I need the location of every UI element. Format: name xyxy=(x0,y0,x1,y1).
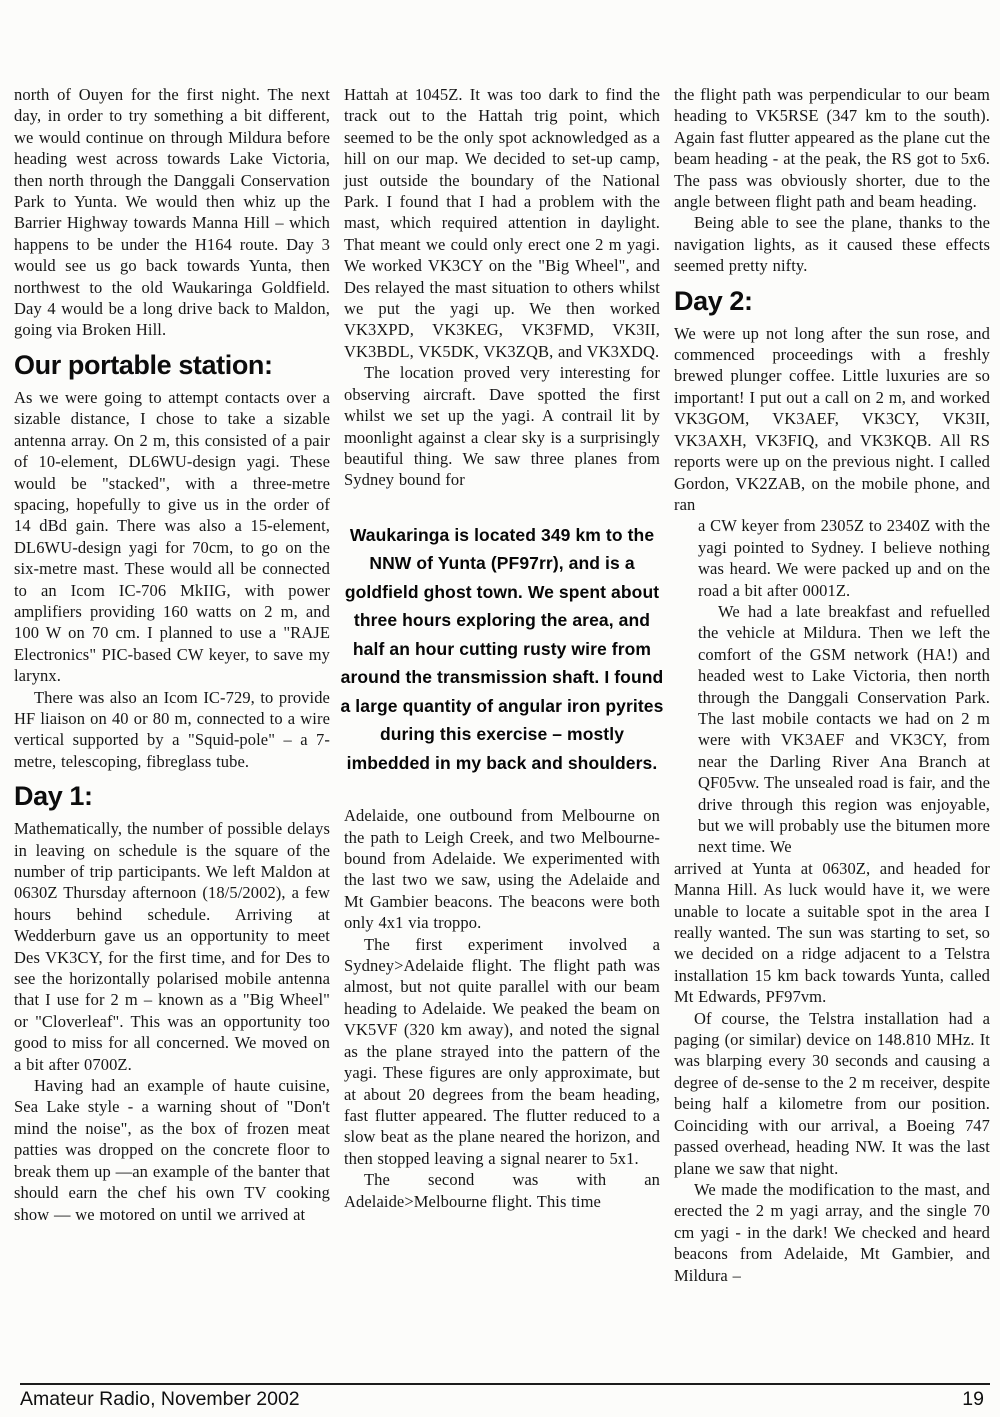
section-heading: Day 2: xyxy=(674,286,990,317)
body-paragraph: arrived at Yunta at 0630Z, and headed fo… xyxy=(674,858,990,1008)
article-columns: north of Ouyen for the first night. The … xyxy=(14,84,990,1286)
body-paragraph: north of Ouyen for the first night. The … xyxy=(14,84,330,341)
body-paragraph: We made the modification to the mast, an… xyxy=(674,1179,990,1286)
body-paragraph: a CW keyer from 2305Z to 2340Z with the … xyxy=(674,515,990,601)
section-heading: Our portable station: xyxy=(14,350,330,381)
body-paragraph: We had a late breakfast and refuelled th… xyxy=(674,601,990,858)
column-1: north of Ouyen for the first night. The … xyxy=(14,84,330,1286)
body-paragraph: Adelaide, one outbound from Melbourne on… xyxy=(344,805,660,933)
body-paragraph: Of course, the Telstra installation had … xyxy=(674,1008,990,1179)
body-paragraph: Hattah at 1045Z. It was too dark to find… xyxy=(344,84,660,362)
journal-title: Amateur Radio, November 2002 xyxy=(20,1388,300,1411)
body-paragraph: Having had an example of haute cuisine, … xyxy=(14,1075,330,1225)
body-paragraph: Being able to see the plane, thanks to t… xyxy=(674,212,990,276)
body-paragraph: the flight path was perpendicular to our… xyxy=(674,84,990,212)
page-footer: Amateur Radio, November 2002 19 xyxy=(0,1383,1000,1411)
footer-row: Amateur Radio, November 2002 19 xyxy=(0,1385,1000,1411)
body-paragraph: The first experiment involved a Sydney>A… xyxy=(344,934,660,1169)
page-number: 19 xyxy=(962,1388,984,1411)
body-paragraph: We were up not long after the sun rose, … xyxy=(674,323,990,516)
column-3: the flight path was perpendicular to our… xyxy=(674,84,990,1286)
body-paragraph: As we were going to attempt contacts ove… xyxy=(14,387,330,687)
section-heading: Day 1: xyxy=(14,781,330,812)
body-paragraph: Mathematically, the number of possible d… xyxy=(14,818,330,1075)
body-paragraph: The second was with an Adelaide>Melbourn… xyxy=(344,1169,660,1212)
body-paragraph: There was also an Icom IC-729, to provid… xyxy=(14,687,330,773)
body-paragraph: The location proved very interesting for… xyxy=(344,362,660,490)
magazine-page: north of Ouyen for the first night. The … xyxy=(0,0,1000,1286)
pull-quote: Waukaringa is located 349 km to the NNW … xyxy=(339,521,665,778)
column-2: Hattah at 1045Z. It was too dark to find… xyxy=(344,84,660,1286)
